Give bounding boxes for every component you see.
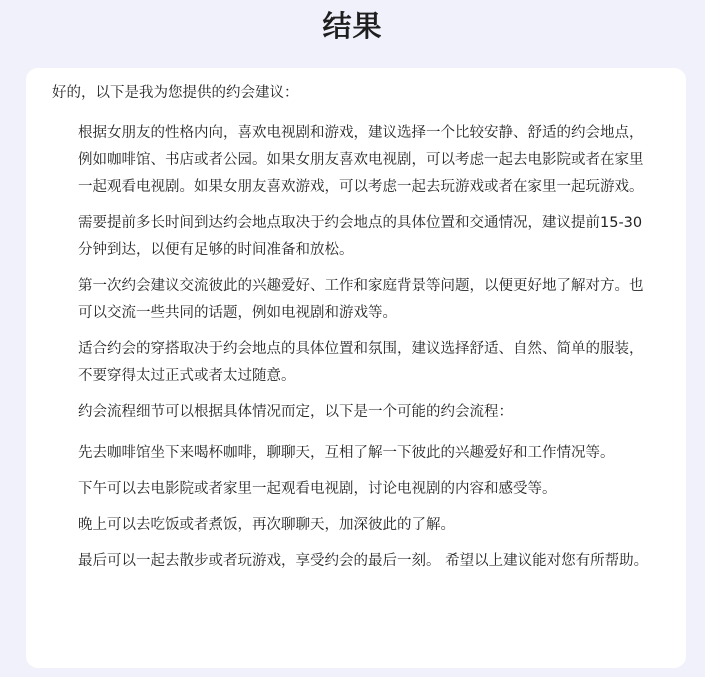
suggestion-outfit: 适合约会的穿搭取决于约会地点的具体位置和氛围，建议选择舒适、自然、简单的服装，不…: [78, 336, 656, 390]
schedule-step-coffee: 先去咖啡馆坐下来喝杯咖啡，聊聊天，互相了解一下彼此的兴趣爱好和工作情况等。: [78, 440, 656, 467]
result-card: 好的，以下是我为您提供的约会建议： 根据女朋友的性格内向，喜欢电视剧和游戏，建议…: [26, 68, 686, 668]
page-title: 结果: [0, 4, 705, 48]
suggestion-location: 根据女朋友的性格内向，喜欢电视剧和游戏，建议选择一个比较安静、舒适的约会地点，例…: [78, 120, 656, 201]
suggestion-schedule-intro: 约会流程细节可以根据具体情况而定，以下是一个可能的约会流程：: [78, 399, 656, 426]
schedule-step-final: 最后可以一起去散步或者玩游戏，享受约会的最后一刻。 希望以上建议能对您有所帮助。: [78, 548, 656, 575]
schedule-step-afternoon: 下午可以去电影院或者家里一起观看电视剧，讨论电视剧的内容和感受等。: [78, 476, 656, 503]
suggestion-arrival-time: 需要提前多长时间到达约会地点取决于约会地点的具体位置和交通情况，建议提前15-3…: [78, 210, 656, 264]
suggestion-conversation: 第一次约会建议交流彼此的兴趣爱好、工作和家庭背景等问题，以便更好地了解对方。也可…: [78, 273, 656, 327]
result-intro: 好的，以下是我为您提供的约会建议：: [52, 80, 299, 106]
suggestion-list: 根据女朋友的性格内向，喜欢电视剧和游戏，建议选择一个比较安静、舒适的约会地点，例…: [78, 120, 656, 584]
schedule-step-evening: 晚上可以去吃饭或者煮饭，再次聊聊天，加深彼此的了解。: [78, 512, 656, 539]
